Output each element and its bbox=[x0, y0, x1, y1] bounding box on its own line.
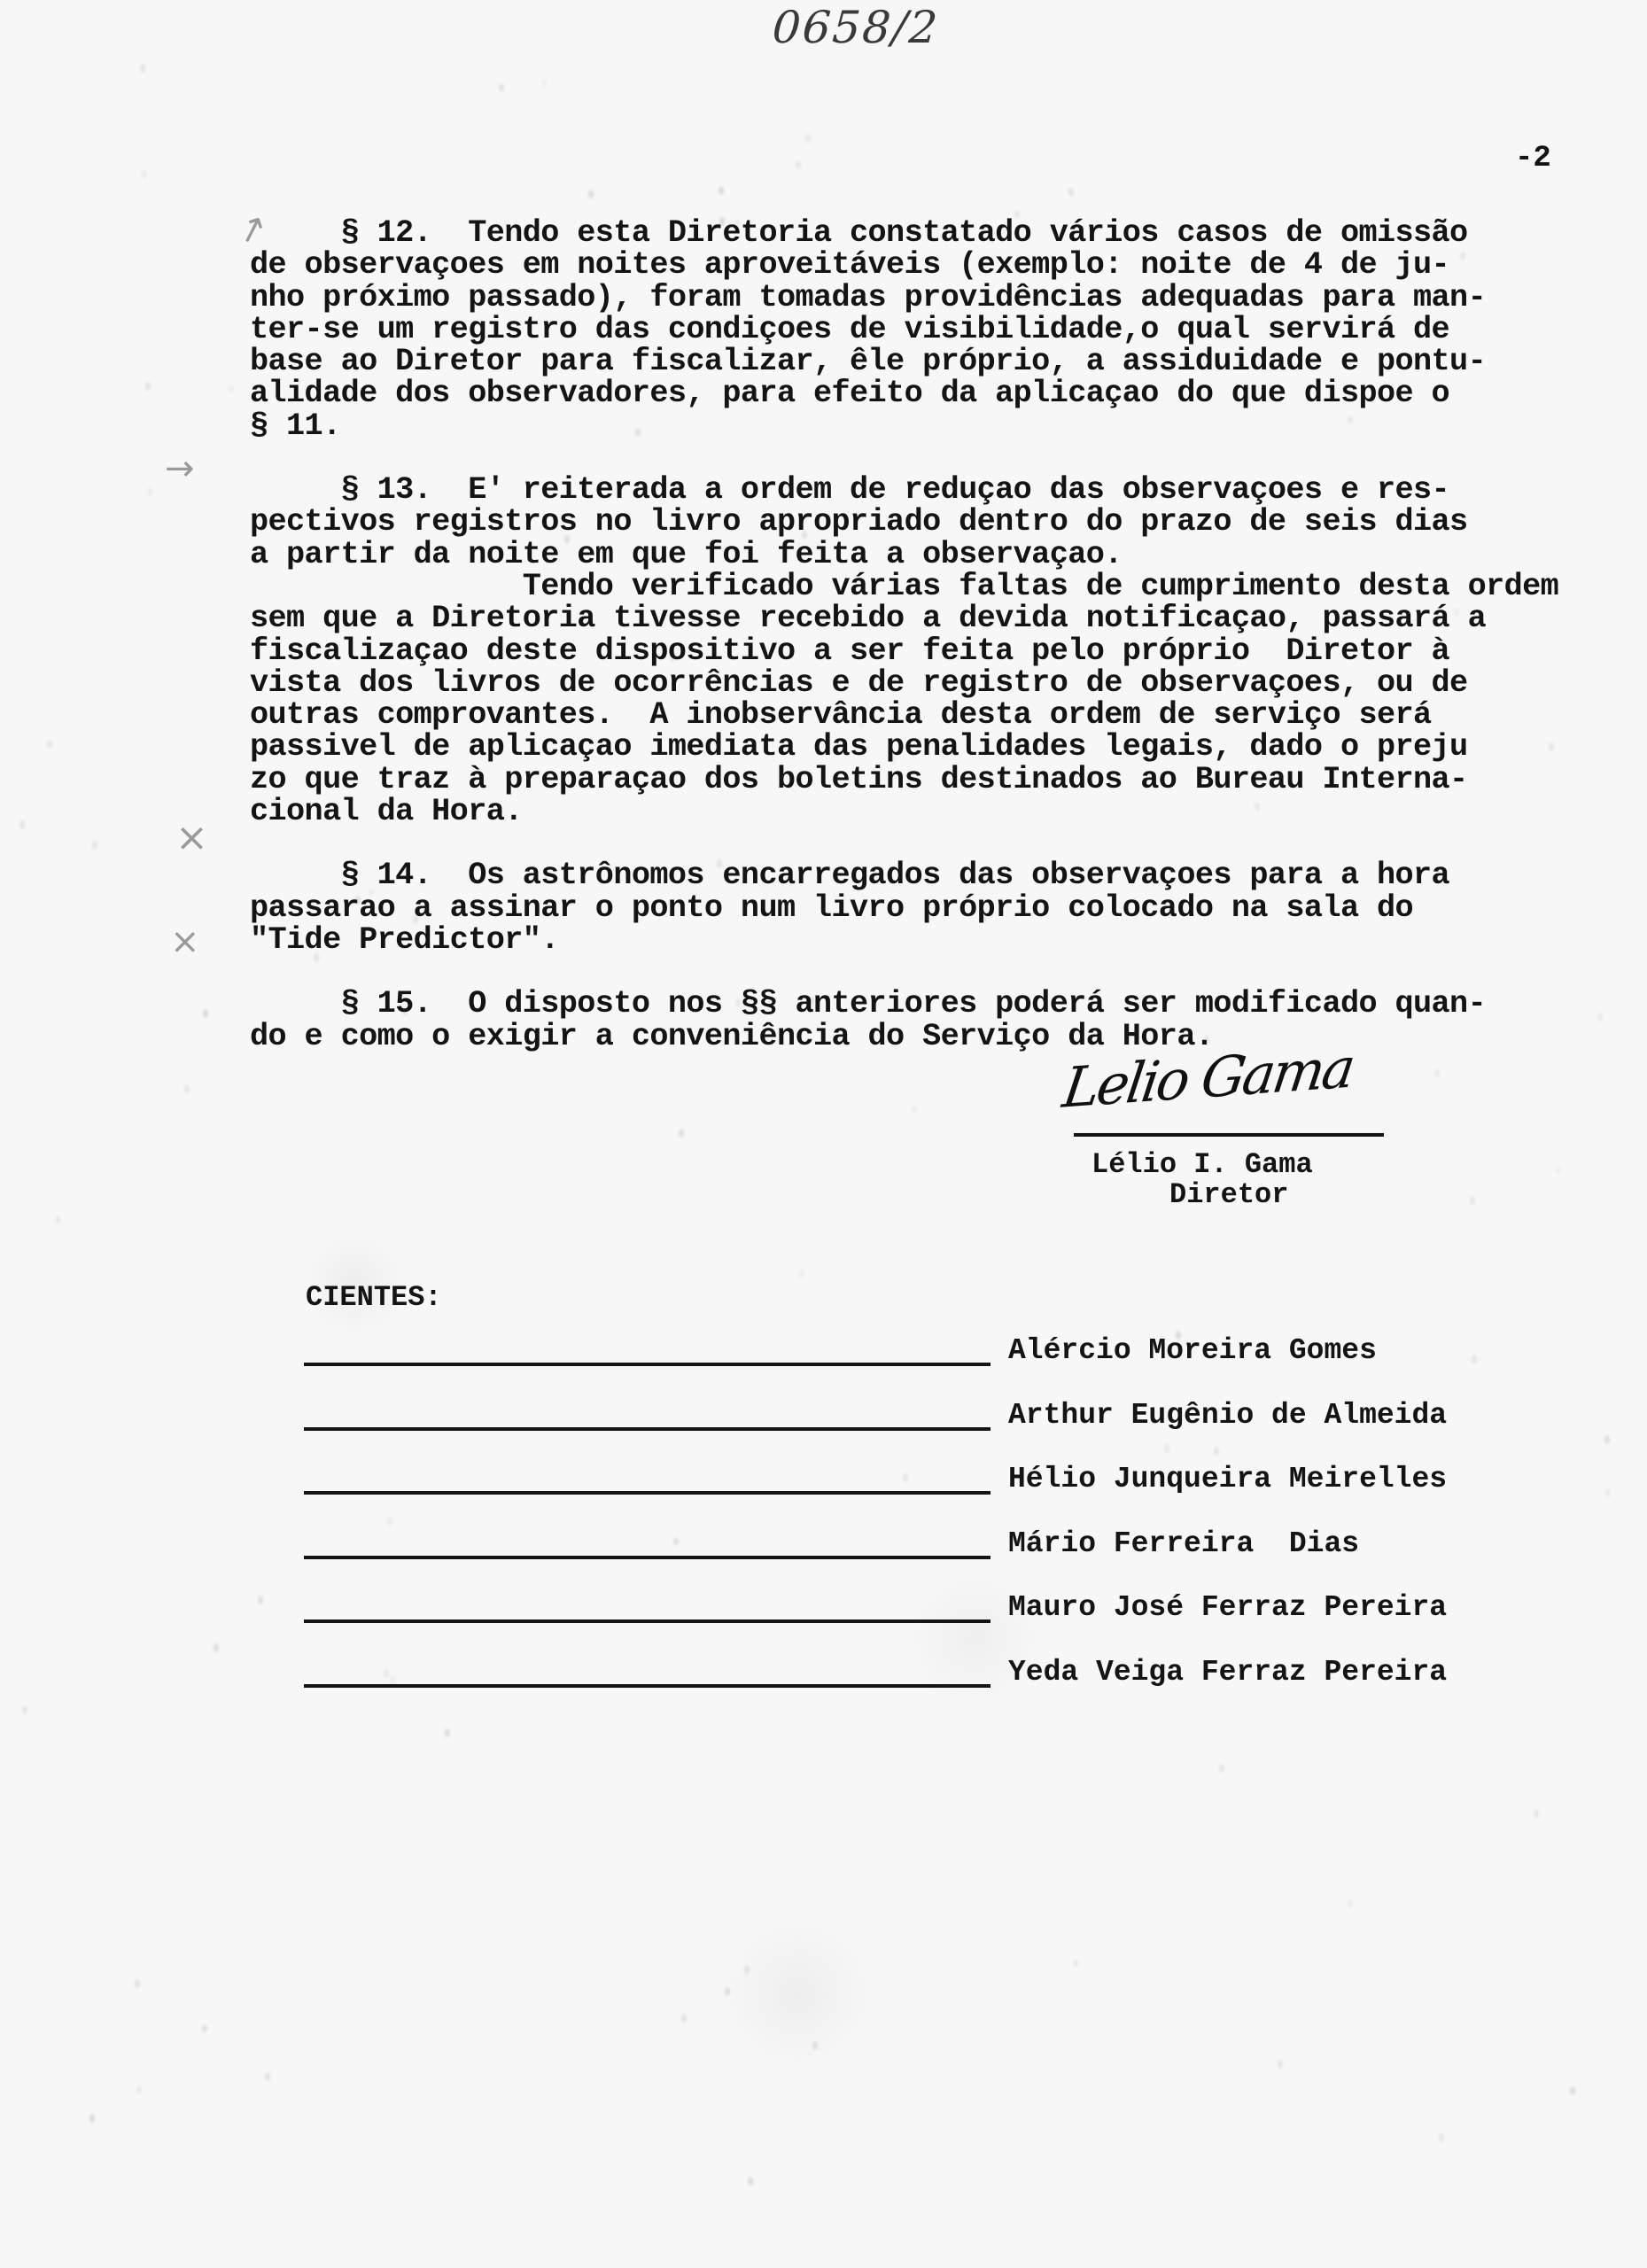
paper-speck bbox=[1597, 1013, 1603, 1021]
text-line: de observaçoes em noites aproveitáveis (… bbox=[250, 249, 1579, 281]
acknowledger-name: Arthur Eugênio de Almeida bbox=[1008, 1399, 1447, 1432]
paper-speck bbox=[445, 1728, 450, 1737]
text-line: passivel de aplicaçao imediata das penal… bbox=[250, 731, 1579, 763]
signature-blank-line bbox=[304, 1363, 991, 1366]
paper-speck bbox=[912, 1105, 917, 1114]
acknowledgement-row: Arthur Eugênio de Almeida bbox=[304, 1395, 1544, 1460]
signature-blank-line bbox=[304, 1619, 991, 1623]
text-line: Tendo verificado várias faltas de cumpri… bbox=[250, 571, 1579, 602]
text-line: pectivos registros no livro apropriado d… bbox=[250, 506, 1579, 538]
text-line: a partir da noite em que foi feita a obs… bbox=[250, 539, 1579, 571]
paper-speck bbox=[1073, 1959, 1078, 1968]
text-line: § 13. E' reiterada a ordem de reduçao da… bbox=[250, 474, 1579, 506]
paper-speck bbox=[55, 1216, 60, 1224]
paragraph-gap bbox=[250, 827, 1579, 859]
text-line: zo que traz à preparaçao dos boletins de… bbox=[250, 764, 1579, 796]
acknowledger-name: Alércio Moreira Gomes bbox=[1008, 1334, 1377, 1367]
text-line: outras comprovantes. A inobservância des… bbox=[250, 699, 1579, 731]
margin-x-mark: × bbox=[175, 815, 208, 860]
paper-speck bbox=[1439, 2133, 1444, 2142]
paragraph-gap bbox=[250, 956, 1579, 988]
acknowledger-name: Yeda Veiga Ferraz Pereira bbox=[1008, 1656, 1447, 1689]
text-line: fiscalizaçao deste dispositivo a ser fei… bbox=[250, 635, 1579, 667]
paper-speck bbox=[719, 186, 724, 195]
acknowledger-name: Mário Ferreira Dias bbox=[1008, 1527, 1359, 1560]
text-line: ter-se um registro das condiçoes de visi… bbox=[250, 314, 1579, 346]
acknowledgement-row: Hélio Junqueira Meirelles bbox=[304, 1459, 1544, 1524]
handwritten-signature: Lelio Gama bbox=[1059, 1035, 1356, 1121]
paper-speck bbox=[1348, 1899, 1353, 1908]
paper-speck bbox=[1604, 1435, 1610, 1444]
signature-line bbox=[1074, 1133, 1384, 1137]
paper-speck bbox=[265, 2072, 270, 2081]
paper-speck bbox=[541, 79, 547, 88]
paper-speck bbox=[1534, 1809, 1539, 1818]
paper-speck bbox=[229, 384, 234, 393]
paper-speck bbox=[681, 2014, 687, 2023]
paper-speck bbox=[22, 1705, 27, 1714]
paper-speck bbox=[805, 134, 811, 143]
paper-speck bbox=[47, 740, 52, 749]
text-line: cional da Hora. bbox=[250, 796, 1579, 827]
signature-blank-line bbox=[304, 1556, 991, 1559]
paper-speck bbox=[679, 1129, 684, 1138]
paper-speck bbox=[1556, 1166, 1561, 1175]
paper-speck bbox=[1434, 1068, 1440, 1077]
paper-speck bbox=[748, 2177, 753, 2186]
paper-speck bbox=[1068, 188, 1074, 197]
margin-x-mark: × bbox=[170, 921, 200, 962]
text-line: passarao a assinar o ponto num livro pró… bbox=[250, 892, 1579, 924]
paper-speck bbox=[203, 1009, 208, 1018]
paper-speck bbox=[184, 1084, 190, 1093]
paragraph-gap bbox=[250, 442, 1579, 474]
signature-blank-line bbox=[304, 1491, 991, 1495]
paper-speck bbox=[725, 1987, 730, 1996]
document-page: 0658/2 -2 ↗ → × × § 12. Tendo esta Diret… bbox=[0, 0, 1647, 2268]
text-line: sem que a Diretoria tivesse recebido a d… bbox=[250, 602, 1579, 634]
acknowledgement-row: Mauro José Ferraz Pereira bbox=[304, 1588, 1544, 1652]
signer-title: Diretor bbox=[1169, 1178, 1288, 1211]
signature-block: Lelio Gama Lélio I. Gama Diretor bbox=[1045, 1001, 1418, 1214]
paper-speck bbox=[142, 170, 147, 179]
acknowledgement-row: Mário Ferreira Dias bbox=[304, 1524, 1544, 1588]
text-line: vista dos livros de ocorrências e de reg… bbox=[250, 667, 1579, 699]
paper-speck bbox=[19, 820, 25, 829]
paper-speck bbox=[588, 190, 594, 198]
paper-speck bbox=[140, 64, 145, 73]
acknowledgement-row: Yeda Veiga Ferraz Pereira bbox=[304, 1652, 1544, 1717]
acknowledger-name: Mauro José Ferraz Pereira bbox=[1008, 1591, 1447, 1624]
paper-speck bbox=[1219, 1764, 1224, 1773]
text-line: alidade dos observadores, para efeito da… bbox=[250, 377, 1579, 409]
paper-speck bbox=[812, 2041, 818, 2050]
paper-speck bbox=[744, 1965, 750, 1974]
acknowledgement-label: CIENTES: bbox=[306, 1281, 442, 1314]
paper-speck bbox=[1470, 1196, 1475, 1205]
text-line: base ao Diretor para fiscalizar, êle pró… bbox=[250, 346, 1579, 377]
text-line: "Tide Predictor". bbox=[250, 924, 1579, 956]
paper-speck bbox=[89, 2114, 95, 2123]
body-text: § 12. Tendo esta Diretoria constatado vá… bbox=[250, 217, 1579, 1052]
text-line: § 11. bbox=[250, 410, 1579, 442]
acknowledgement-list: Alércio Moreira GomesArthur Eugênio de A… bbox=[304, 1331, 1544, 1717]
paper-speck bbox=[499, 83, 504, 92]
page-number: -2 bbox=[1515, 142, 1551, 175]
paper-speck bbox=[796, 160, 801, 169]
text-line: § 12. Tendo esta Diretoria constatado vá… bbox=[250, 217, 1579, 249]
paper-speck bbox=[1570, 2086, 1575, 2095]
acknowledger-name: Hélio Junqueira Meirelles bbox=[1008, 1463, 1447, 1495]
signature-blank-line bbox=[304, 1427, 991, 1431]
paper-speck bbox=[92, 841, 97, 850]
text-line: § 14. Os astrônomos encarregados das obs… bbox=[250, 859, 1579, 891]
paper-speck bbox=[1605, 1488, 1611, 1497]
archive-number: 0658/2 bbox=[771, 2, 941, 53]
paper-speck bbox=[136, 2085, 142, 2094]
paper-speck bbox=[145, 382, 151, 391]
paper-speck bbox=[202, 2024, 207, 2033]
paper-speck bbox=[799, 1270, 804, 1278]
acknowledgement-row: Alércio Moreira Gomes bbox=[304, 1331, 1544, 1395]
paper-speck bbox=[214, 1643, 219, 1652]
signature-blank-line bbox=[304, 1684, 991, 1688]
paper-speck bbox=[1278, 2060, 1283, 2069]
paper-speck bbox=[258, 1596, 263, 1604]
margin-arrow-mark: → bbox=[165, 448, 195, 489]
paper-speck bbox=[147, 487, 152, 496]
paper-speck bbox=[135, 1979, 140, 1988]
signer-name: Lélio I. Gama bbox=[1092, 1148, 1313, 1181]
text-line: nho próximo passado), foram tomadas prov… bbox=[250, 282, 1579, 314]
